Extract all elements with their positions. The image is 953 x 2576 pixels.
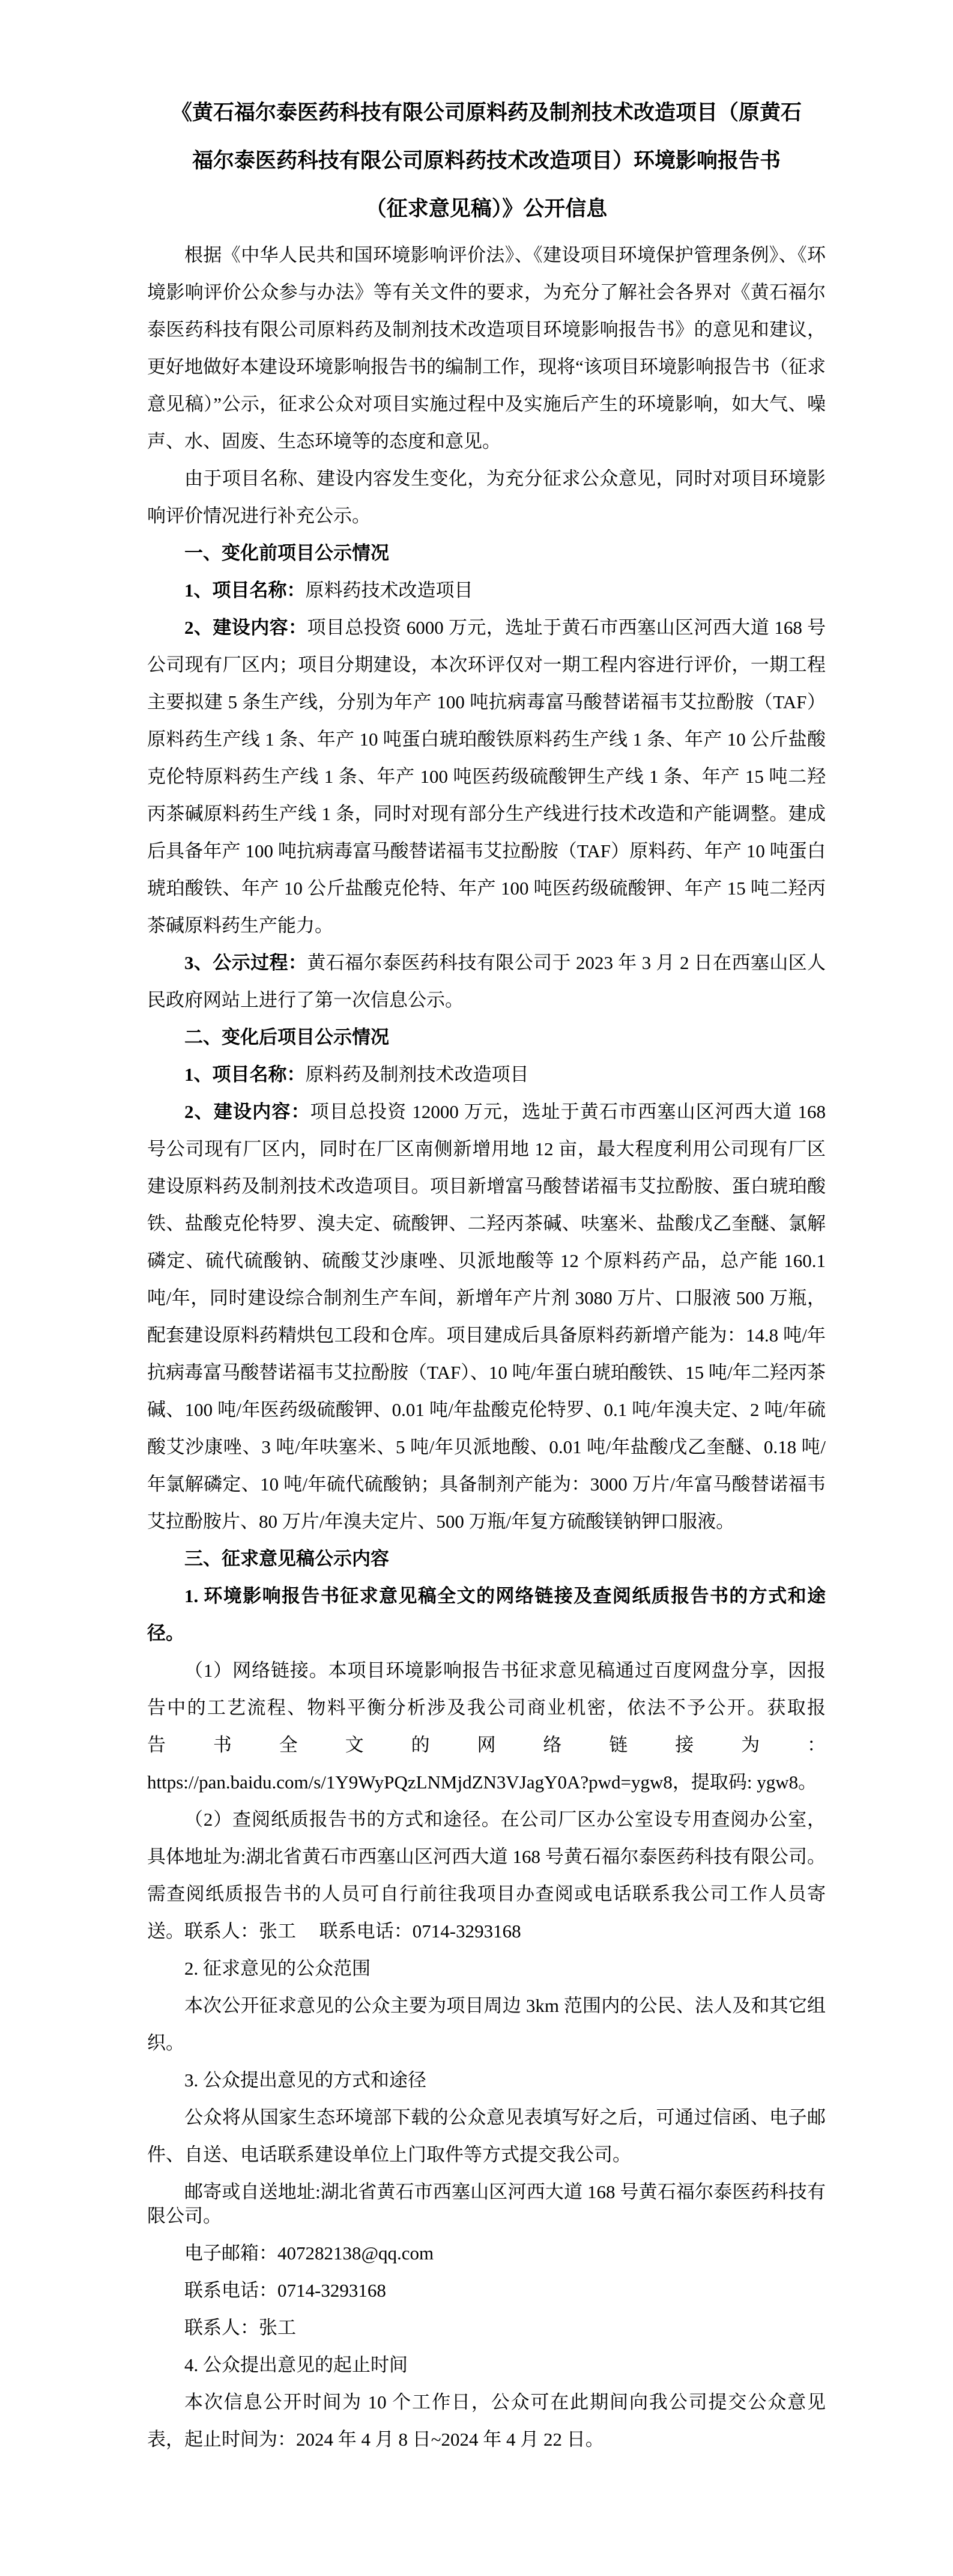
network-link-lead-line: 告书全文的网络链接为： (147, 1727, 826, 1764)
before-project-name-label: 1、项目名称： (184, 580, 306, 601)
intro-paragraph-supplement: 由于项目名称、建设内容发生变化，为充分征求公众意见，同时对项目环境影响评价情况进… (147, 460, 826, 535)
public-scope-paragraph: 本次公开征求意见的公众主要为项目周边 3km 范围内的公民、法人及和其它组织。 (147, 1987, 826, 2062)
document-body: 根据《中华人民共和国环境影响评价法》、《建设项目环境保护管理条例》、《环境影响评… (147, 237, 826, 2458)
before-construction-content-text: 项目总投资 6000 万元，选址于黄石市西塞山区河西大道 168 号公司现有厂区… (147, 617, 826, 936)
report-url-line: https://pan.baidu.com/s/1Y9WyPQzLNMjdZN3… (147, 1764, 826, 1801)
opinion-method-paragraph: 公众将从国家生态环境部下载的公众意见表填写好之后，可通过信函、电子邮件、自送、电… (147, 2099, 826, 2173)
document-title: 《黄石福尔泰医药科技有限公司原料药及制剂技术改造项目（原黄石 福尔泰医药科技有限… (147, 89, 826, 233)
after-project-name-label: 1、项目名称： (184, 1064, 306, 1085)
before-project-name-text: 原料药技术改造项目 (306, 580, 473, 601)
before-publicity-process-label: 3、公示过程： (184, 952, 307, 973)
after-construction-content-label: 2、建设内容： (184, 1101, 310, 1122)
after-project-name-item: 1、项目名称：原料药及制剂技术改造项目 (147, 1056, 826, 1093)
phone-line: 联系电话：0714-3293168 (147, 2272, 826, 2309)
after-construction-content-item: 2、建设内容：项目总投资 12000 万元，选址于黄石市西塞山区河西大道 168… (147, 1093, 826, 1540)
link-access-heading: 1. 环境影响报告书征求意见稿全文的网络链接及查阅纸质报告书的方式和途径。 (147, 1578, 826, 1652)
opinion-method-heading: 3. 公众提出意见的方式和途径 (147, 2062, 826, 2099)
before-project-name-item: 1、项目名称：原料药技术改造项目 (147, 572, 826, 609)
intro-paragraph-basis: 根据《中华人民共和国环境影响评价法》、《建设项目环境保护管理条例》、《环境影响评… (147, 237, 826, 460)
email-line: 电子邮箱：407282138@qq.com (147, 2235, 826, 2272)
section-heading-draft-content: 三、征求意见稿公示内容 (147, 1540, 826, 1578)
network-link-paragraph: （1）网络链接。本项目环境影响报告书征求意见稿通过百度网盘分享，因报告中的工艺流… (147, 1652, 826, 1727)
before-publicity-process-item: 3、公示过程：黄石福尔泰医药科技有限公司于 2023 年 3 月 2 日在西塞山… (147, 944, 826, 1019)
after-project-name-text: 原料药及制剂技术改造项目 (306, 1064, 529, 1085)
document-title-line-3: （征求意见稿）》公开信息 (147, 185, 826, 233)
contact-person-line: 联系人：张工 (147, 2309, 826, 2347)
before-construction-content-label: 2、建设内容： (184, 617, 307, 638)
before-construction-content-item: 2、建设内容：项目总投资 6000 万元，选址于黄石市西塞山区河西大道 168 … (147, 609, 826, 944)
after-construction-content-text: 项目总投资 12000 万元，选址于黄石市西塞山区河西大道 168 号公司现有厂… (147, 1101, 826, 1532)
section-heading-before-change: 一、变化前项目公示情况 (147, 535, 826, 572)
time-period-heading: 4. 公众提出意见的起止时间 (147, 2347, 826, 2384)
document-page: 《黄石福尔泰医药科技有限公司原料药及制剂技术改造项目（原黄石 福尔泰医药科技有限… (0, 0, 953, 2576)
paper-review-paragraph: （2）查阅纸质报告书的方式和途径。在公司厂区办公室设专用查阅办公室，具体地址为:… (147, 1801, 826, 1950)
time-period-paragraph: 本次信息公开时间为 10 个工作日，公众可在此期间向我公司提交公众意见表，起止时… (147, 2384, 826, 2458)
document-title-line-2: 福尔泰医药科技有限公司原料药技术改造项目）环境影响报告书 (147, 137, 826, 185)
section-heading-after-change: 二、变化后项目公示情况 (147, 1019, 826, 1056)
public-scope-heading: 2. 征求意见的公众范围 (147, 1950, 826, 1987)
mail-address-paragraph: 邮寄或自送地址:湖北省黄石市西塞山区河西大道 168 号黄石福尔泰医药科技有限公… (147, 2180, 826, 2228)
document-title-line-1: 《黄石福尔泰医药科技有限公司原料药及制剂技术改造项目（原黄石 (147, 89, 826, 137)
